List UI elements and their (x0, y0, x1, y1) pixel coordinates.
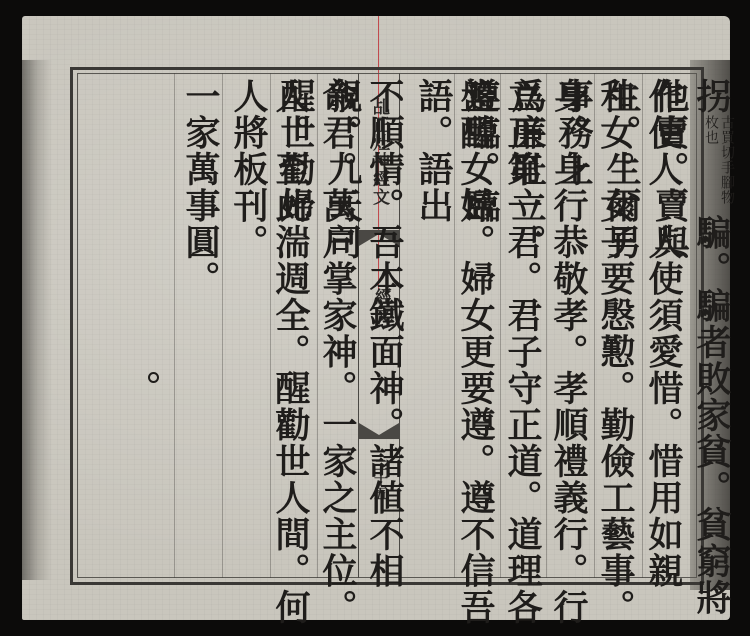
column-rule (174, 73, 175, 578)
text-column-10: 一家萬事圓。 (179, 78, 221, 297)
column-text: 盤醒女婦。婦女更要遵。遵不信吾語。語出 (413, 78, 496, 626)
end-circle-mark-icon (148, 372, 159, 383)
left-edge-stain (22, 60, 52, 580)
column-rule (222, 73, 223, 578)
column-text: 一家萬事圓。 (180, 78, 221, 297)
text-column-6: 盤醒女婦。婦女更要遵。遵不信吾語。語出 (412, 78, 496, 636)
column-text: 人。至此湍週全。醒勸世人間。何人將板刊。 (228, 78, 311, 626)
interlinear-note: 古買切手腳物枚也 (703, 115, 735, 215)
column-head-char: 拐 (691, 78, 732, 115)
text-column-9: 人。至此湍週全。醒勸世人間。何人將板刊。 (227, 78, 311, 636)
